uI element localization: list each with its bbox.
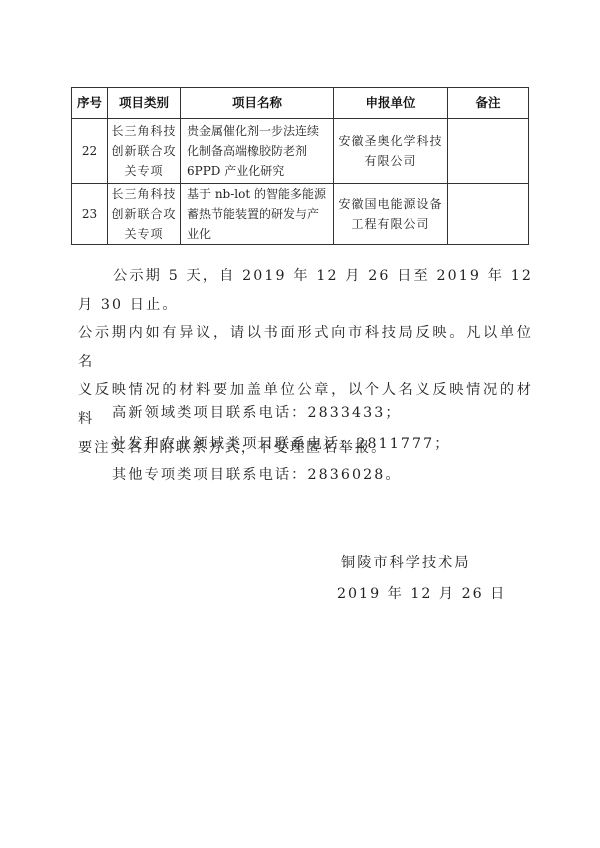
- unit-line: 工程有限公司: [337, 214, 444, 234]
- name-line: 业化: [187, 224, 329, 244]
- signature-organization: 铜陵市科学技术局: [337, 548, 506, 579]
- contact-phone: 2836028: [307, 467, 385, 483]
- project-table: 序号 项目类别 项目名称 申报单位 备注 22 长三角科技 创新联合攻 关专项 …: [71, 87, 529, 245]
- contact-label: 其他专项类项目联系电话：: [112, 467, 307, 483]
- cell-project-name: 基于 nb-lot 的智能多能源 蓄热节能装置的研发与产 业化: [181, 184, 334, 245]
- cell-category: 长三角科技 创新联合攻 关专项: [108, 119, 181, 184]
- cell-unit: 安徽国电能源设备 工程有限公司: [334, 184, 448, 245]
- contact-item-other: 其他专项类项目联系电话：2836028。: [112, 460, 451, 491]
- cell-project-name: 贵金属催化剂一步法连续 化制备高端橡胶防老剂 6PPD 产业化研究: [181, 119, 334, 184]
- contact-label: 高新领域类项目联系电话：: [112, 405, 307, 421]
- table-row: 23 长三角科技 创新联合攻 关专项 基于 nb-lot 的智能多能源 蓄热节能…: [72, 184, 529, 245]
- unit-line: 有限公司: [337, 151, 444, 171]
- name-line: 贵金属催化剂一步法连续: [187, 121, 329, 141]
- category-line: 创新联合攻: [110, 204, 178, 224]
- contact-list: 高新领域类项目联系电话：2833433； 社发和农业领域类项目联系电话：2811…: [112, 398, 451, 491]
- table-header-row: 序号 项目类别 项目名称 申报单位 备注: [72, 88, 529, 119]
- name-line: 6PPD 产业化研究: [187, 161, 329, 181]
- cell-unit: 安徽圣奥化学科技 有限公司: [334, 119, 448, 184]
- category-line: 长三角科技: [110, 184, 178, 204]
- notice-line: 公示期 5 天，自 2019 年 12 月 26 日至 2019 年 12 月 …: [78, 262, 533, 319]
- unit-line: 安徽国电能源设备: [337, 194, 444, 214]
- header-seq: 序号: [72, 88, 108, 119]
- category-line: 长三角科技: [110, 121, 178, 141]
- header-unit: 申报单位: [334, 88, 448, 119]
- header-category: 项目类别: [108, 88, 181, 119]
- contact-item-hightech: 高新领域类项目联系电话：2833433；: [112, 398, 451, 429]
- signature-block: 铜陵市科学技术局 2019 年 12 月 26 日: [337, 548, 506, 610]
- unit-line: 安徽圣奥化学科技: [337, 131, 444, 151]
- category-line: 关专项: [110, 161, 178, 181]
- header-name: 项目名称: [181, 88, 334, 119]
- contact-punct: ；: [434, 436, 450, 452]
- cell-note: [448, 184, 529, 245]
- cell-seq: 23: [72, 184, 108, 245]
- header-note: 备注: [448, 88, 529, 119]
- category-line: 关专项: [110, 224, 178, 244]
- table-row: 22 长三角科技 创新联合攻 关专项 贵金属催化剂一步法连续 化制备高端橡胶防老…: [72, 119, 529, 184]
- cell-seq: 22: [72, 119, 108, 184]
- document-page: 序号 项目类别 项目名称 申报单位 备注 22 长三角科技 创新联合攻 关专项 …: [0, 0, 600, 848]
- name-line: 蓄热节能装置的研发与产: [187, 204, 329, 224]
- notice-line: 公示期内如有异议，请以书面形式向市科技局反映。凡以单位名: [78, 319, 533, 376]
- signature-date: 2019 年 12 月 26 日: [337, 579, 506, 610]
- contact-phone: 2811777: [356, 436, 434, 452]
- cell-note: [448, 119, 529, 184]
- contact-phone: 2833433: [307, 405, 385, 421]
- contact-label: 社发和农业领域类项目联系电话：: [112, 436, 356, 452]
- contact-item-social-agri: 社发和农业领域类项目联系电话：2811777；: [112, 429, 451, 460]
- contact-punct: ；: [385, 405, 401, 421]
- name-line: 化制备高端橡胶防老剂: [187, 141, 329, 161]
- name-line: 基于 nb-lot 的智能多能源: [187, 184, 329, 204]
- contact-punct: 。: [385, 467, 401, 483]
- category-line: 创新联合攻: [110, 141, 178, 161]
- cell-category: 长三角科技 创新联合攻 关专项: [108, 184, 181, 245]
